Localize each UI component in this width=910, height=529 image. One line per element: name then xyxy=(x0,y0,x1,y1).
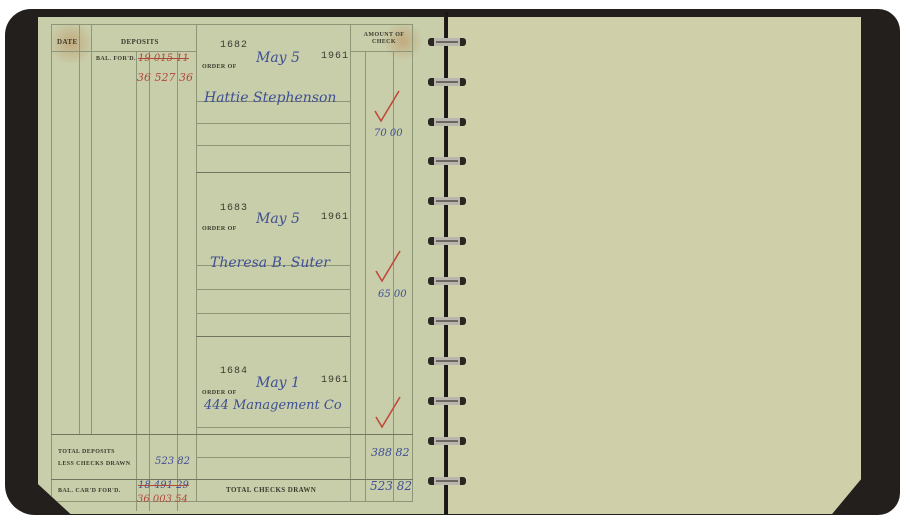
check-year-1684: 1961 xyxy=(321,375,349,386)
check-date-1683: May 5 xyxy=(256,211,300,227)
balance-forward-label: Bal. For'd. xyxy=(96,56,136,62)
check-amount-1684: 388 82 xyxy=(371,446,410,459)
total-deposits-label: Total Deposits xyxy=(58,449,115,455)
check-number-1683: 1683 xyxy=(220,203,248,214)
balance-forward-corrected: 36 527 36 xyxy=(137,71,193,84)
total-checks-drawn-label: Total Checks Drawn xyxy=(226,486,316,494)
check-number-1682: 1682 xyxy=(220,40,248,51)
order-of-label: Order of xyxy=(202,226,237,232)
balance-forward-struck: 19 015 11 xyxy=(138,53,189,64)
spiral-ring-icon xyxy=(428,197,466,205)
checkmark-icon xyxy=(374,395,402,431)
check-amount-1682: 70 00 xyxy=(374,128,403,139)
order-of-label: Order of xyxy=(202,390,237,396)
spiral-ring-icon xyxy=(428,397,466,405)
check-amount-1683: 65 00 xyxy=(378,289,407,300)
spiral-ring-icon xyxy=(428,237,466,245)
check-date-1684: May 1 xyxy=(256,375,300,391)
total-checks-drawn-value: 523 82 xyxy=(370,479,412,493)
spiral-ring-icon xyxy=(428,38,466,46)
spiral-ring-icon xyxy=(428,78,466,86)
payee-1683: Theresa B. Suter xyxy=(210,255,330,271)
spiral-ring-icon xyxy=(428,157,466,165)
spiral-ring-icon xyxy=(428,477,466,485)
checkmark-icon xyxy=(374,249,402,285)
date-column-header: Date xyxy=(57,38,78,46)
check-year-1683: 1961 xyxy=(321,212,349,223)
balance-carried-struck: 18 491 29 xyxy=(138,480,189,491)
balance-carried-corrected: 36 003 54 xyxy=(137,494,188,505)
payee-1684: 444 Management Co xyxy=(204,398,342,413)
payee-1682: Hattie Stephenson xyxy=(204,90,336,106)
blank-page xyxy=(448,17,861,514)
checkmark-icon xyxy=(373,89,401,125)
less-checks-drawn-value: 523 82 xyxy=(155,456,190,467)
spiral-ring-icon xyxy=(428,357,466,365)
spiral-ring-icon xyxy=(428,118,466,126)
order-of-label: Order of xyxy=(202,64,237,70)
check-year-1682: 1961 xyxy=(321,51,349,62)
amount-of-check-header: Amount of Check xyxy=(362,32,406,46)
spiral-ring-icon xyxy=(428,317,466,325)
deposits-column-header: Deposits xyxy=(121,38,159,46)
check-register-page: Date Deposits Amount of Check Bal. For'd… xyxy=(38,17,444,514)
check-date-1682: May 5 xyxy=(256,50,300,66)
balance-carried-forward-label: Bal. Car'd For'd. xyxy=(58,488,121,494)
spiral-ring-icon xyxy=(428,277,466,285)
spiral-ring-icon xyxy=(428,437,466,445)
check-number-1684: 1684 xyxy=(220,366,248,377)
less-checks-drawn-label: Less Checks Drawn xyxy=(58,461,130,467)
